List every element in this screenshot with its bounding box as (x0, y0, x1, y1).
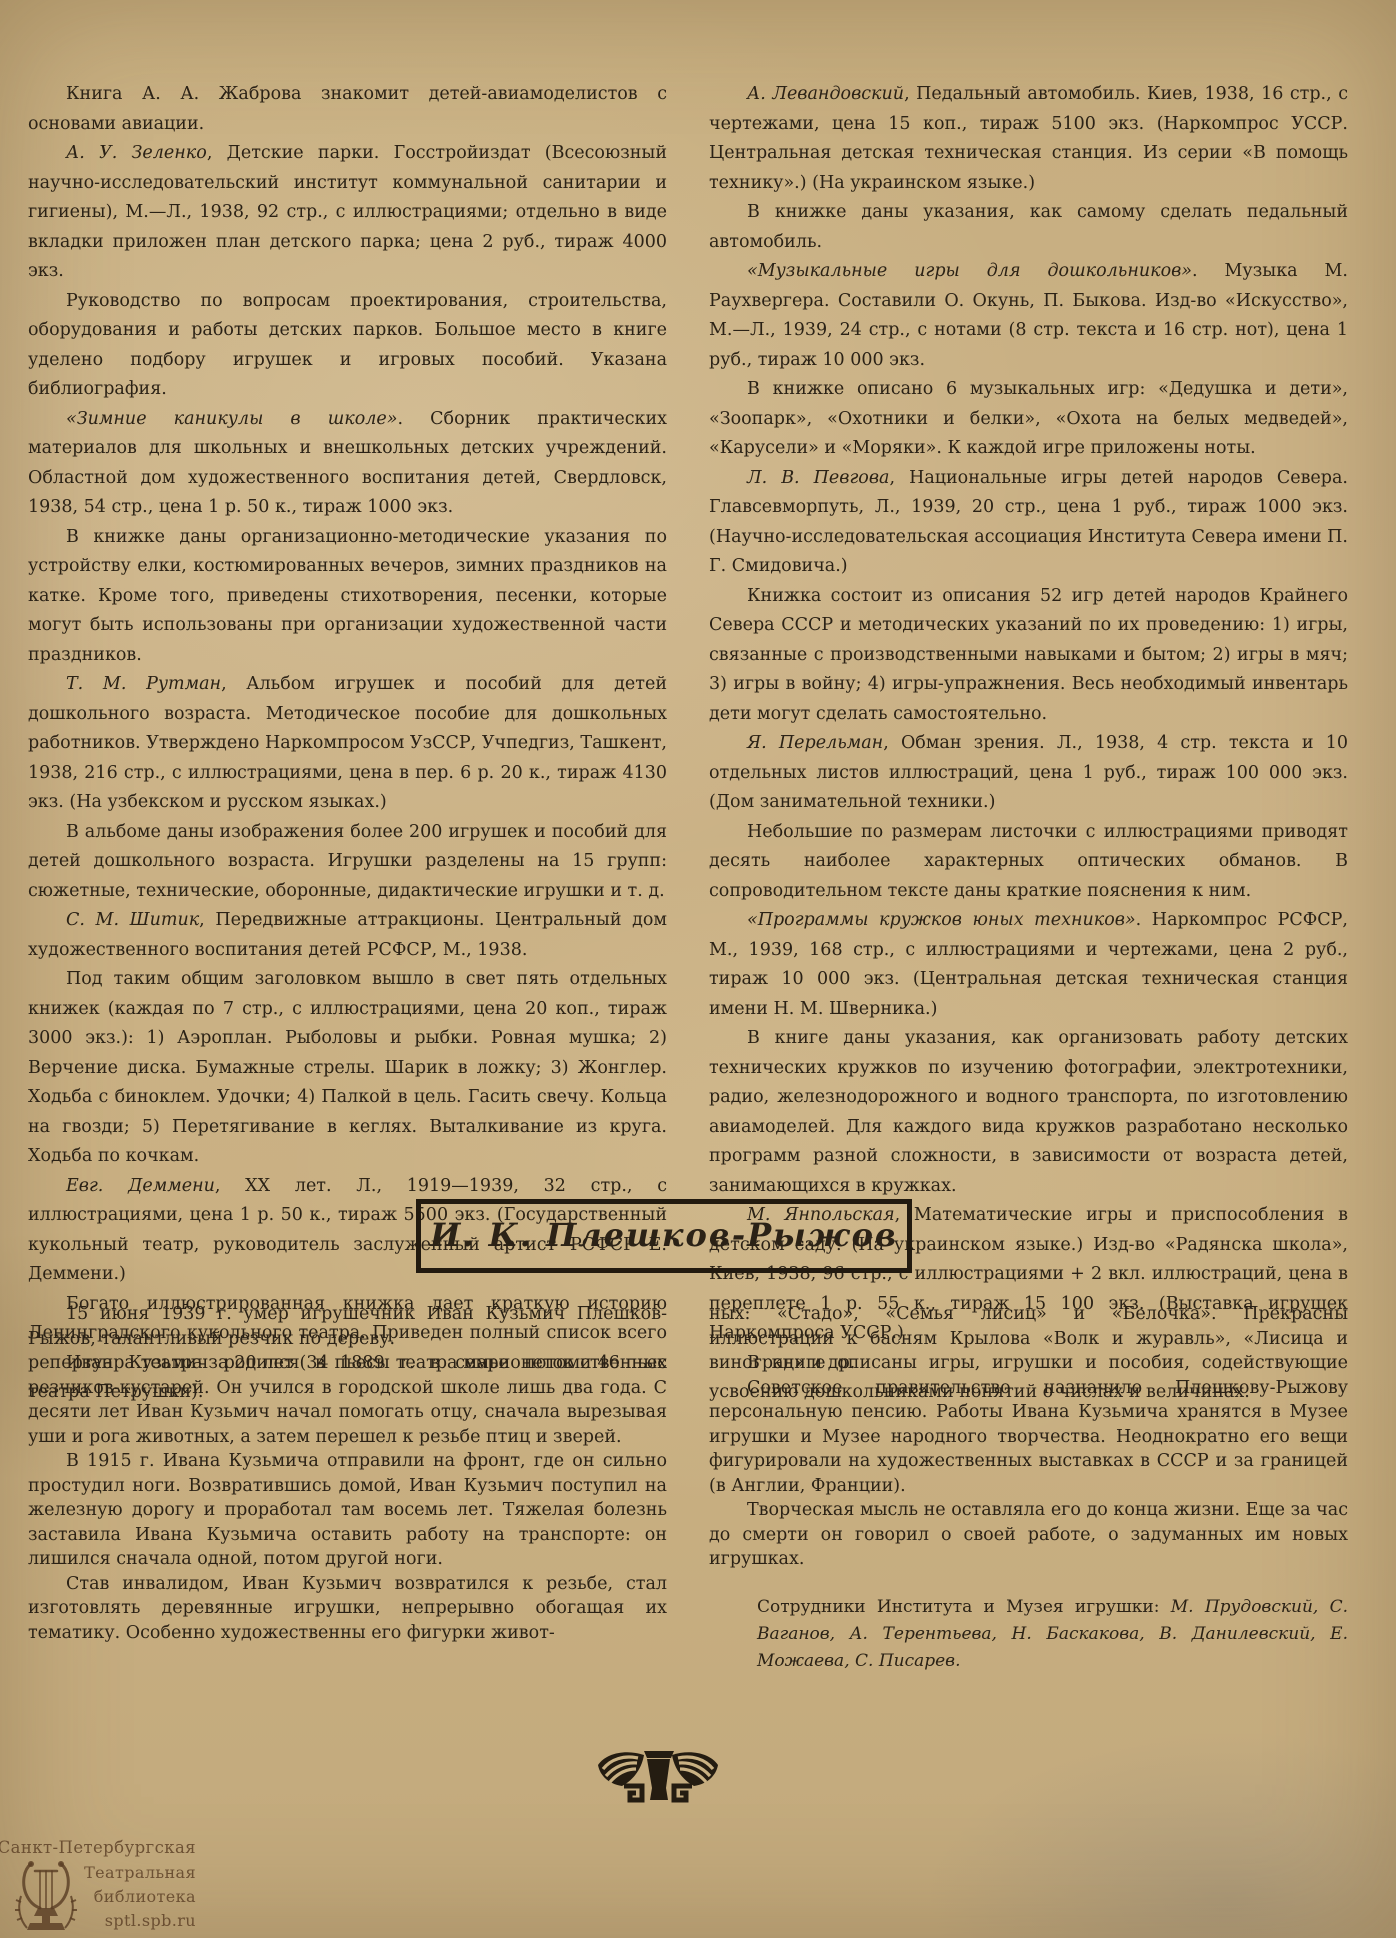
paragraph: В 1915 г. Ивана Кузьмича отправили на фр… (28, 1449, 667, 1572)
tailpiece-ornament-icon (594, 1748, 722, 1806)
paragraph: ных: «Стадо», «Семья лисиц» и «Белочка».… (709, 1302, 1348, 1376)
contributors-note: Сотрудники Института и Музея игрушки: М.… (757, 1594, 1348, 1675)
entry-title-emphasis: А. У. Зеленко (66, 143, 207, 163)
paragraph: А. Левандовский, Педальный автомобиль. К… (709, 80, 1348, 198)
paragraph: Став инвалидом, Иван Кузьмич возвратился… (28, 1572, 667, 1646)
paragraph: Небольшие по размерам листочки с иллюстр… (709, 818, 1348, 907)
scanned-page: Книга А. А. Жаброва знакомит детей-авиам… (0, 0, 1396, 1938)
paragraph: В книжке даны организационно-методически… (28, 523, 667, 671)
paragraph: «Программы кружков юных техников». Нарко… (709, 906, 1348, 1024)
bottom-right-column: ных: «Стадо», «Семья лисиц» и «Белочка».… (709, 1302, 1348, 1675)
entry-title-emphasis: Евг. Деммени (66, 1176, 215, 1196)
watermark-line-theatre: Театральная (84, 1863, 196, 1882)
entry-title-emphasis: Т. М. Рутман (66, 674, 221, 694)
paragraph: В книге даны указания, как организовать … (709, 1024, 1348, 1201)
section-heading-box: И. К. Плешков-Рыжов (416, 1199, 912, 1273)
lyre-icon (14, 1858, 78, 1932)
watermark-line-library: библиотека (94, 1887, 196, 1906)
entry-title-emphasis: «Музыкальные игры для дошкольников» (747, 261, 1192, 281)
paragraph: «Музыкальные игры для дошкольников». Муз… (709, 257, 1348, 375)
bottom-left-column: 15 июня 1939 г. умер игрушечник Иван Куз… (28, 1302, 667, 1675)
entry-title-emphasis: Л. В. Певгова (747, 468, 889, 488)
paragraph: С. М. Шитик, Передвижные аттракционы. Це… (28, 906, 667, 965)
entry-title-emphasis: С. М. Шитик (66, 910, 199, 930)
paragraph: В альбоме даны изображения более 200 игр… (28, 818, 667, 907)
contributors-note-lead: Сотрудники Института и Музея игрушки: (757, 1597, 1171, 1617)
obituary-section: 15 июня 1939 г. умер игрушечник Иван Куз… (28, 1302, 1348, 1675)
watermark-line-city: Санкт-Петербургская (0, 1838, 196, 1857)
paragraph: Л. В. Певгова, Национальные игры детей н… (709, 464, 1348, 582)
paragraph: Иван Кузьмич родился в 1889 г. в семье п… (28, 1351, 667, 1449)
paragraph: 15 июня 1939 г. умер игрушечник Иван Куз… (28, 1302, 667, 1351)
entry-title-emphasis: «Зимние каникулы в школе» (66, 409, 398, 429)
paragraph: В книжке даны указания, как самому сдела… (709, 198, 1348, 257)
entry-title-emphasis: Я. Перельман (747, 733, 883, 753)
paragraph: Книга А. А. Жаброва знакомит детей-авиам… (28, 80, 667, 139)
paragraph: Под таким общим заголовком вышло в свет … (28, 965, 667, 1172)
paragraph: Т. М. Рутман, Альбом игрушек и пособий д… (28, 670, 667, 818)
paragraph: Творческая мысль не оставляла его до кон… (709, 1498, 1348, 1572)
bottom-right-paragraphs: ных: «Стадо», «Семья лисиц» и «Белочка».… (709, 1302, 1348, 1572)
watermark-line-url: sptl.spb.ru (105, 1911, 196, 1930)
entry-title-emphasis: «Программы кружков юных техников» (747, 910, 1136, 930)
entry-title-emphasis: А. Левандовский (747, 84, 904, 104)
paragraph: «Зимние каникулы в школе». Сборник практ… (28, 405, 667, 523)
library-watermark: Санкт-Петербургская Театральная библиоте… (8, 1838, 196, 1936)
paragraph: Книжка состоит из описания 52 игр детей … (709, 582, 1348, 730)
paragraph: Руководство по вопросам проектирования, … (28, 287, 667, 405)
paragraph: Я. Перельман, Обман зрения. Л., 1938, 4 … (709, 729, 1348, 818)
paragraph: Советское правительство назначило Плешко… (709, 1376, 1348, 1499)
paragraph: А. У. Зеленко, Детские парки. Госстройиз… (28, 139, 667, 287)
section-heading-title: И. К. Плешков-Рыжов (430, 1216, 898, 1254)
paragraph: В книжке описано 6 музыкальных игр: «Дед… (709, 375, 1348, 464)
